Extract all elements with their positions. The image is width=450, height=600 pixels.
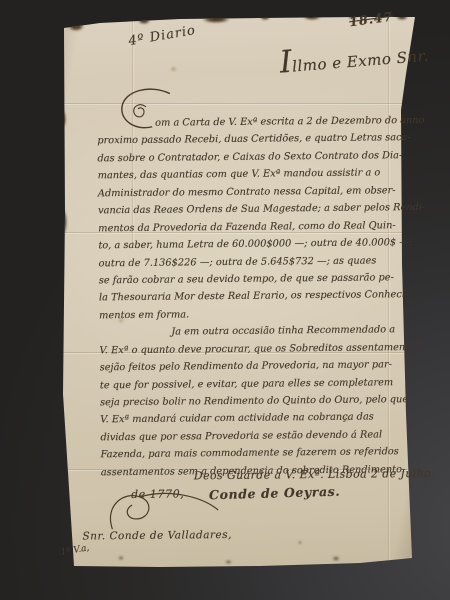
body-line: Ja em outra occasião tinha Recommendado … (171, 321, 427, 341)
valediction: Deos Guarde a V. Exª. Lisboa 2 de Julho (194, 467, 432, 482)
addressee: Snr. Conde de Valladares, (82, 529, 232, 543)
handwriting-layer: 4º Diario 18.47 Illmo e Exmo Snr. om a C… (0, 0, 450, 600)
salutation: Illmo e Exmo Snr. (278, 33, 429, 81)
docket-note: 4º Diario (127, 23, 197, 49)
photograph: 4º Diario 18.47 Illmo e Exmo Snr. om a C… (0, 0, 450, 600)
body-line: to, a saber, huma Letra de 60.000$000 —;… (98, 234, 426, 255)
copy-note: 1ª V.a, (60, 543, 90, 558)
body-line: la Thesouraria Mor deste Real Erario, os… (99, 286, 427, 307)
letter-body: om a Carta de V. Exª escrita a 2 de Deze… (97, 112, 428, 482)
date-year: de 1770, (131, 487, 184, 501)
folio-number: 18.47 (348, 9, 394, 30)
signature-conde-de-oeyras: Conde de Oeyras. (209, 484, 341, 503)
